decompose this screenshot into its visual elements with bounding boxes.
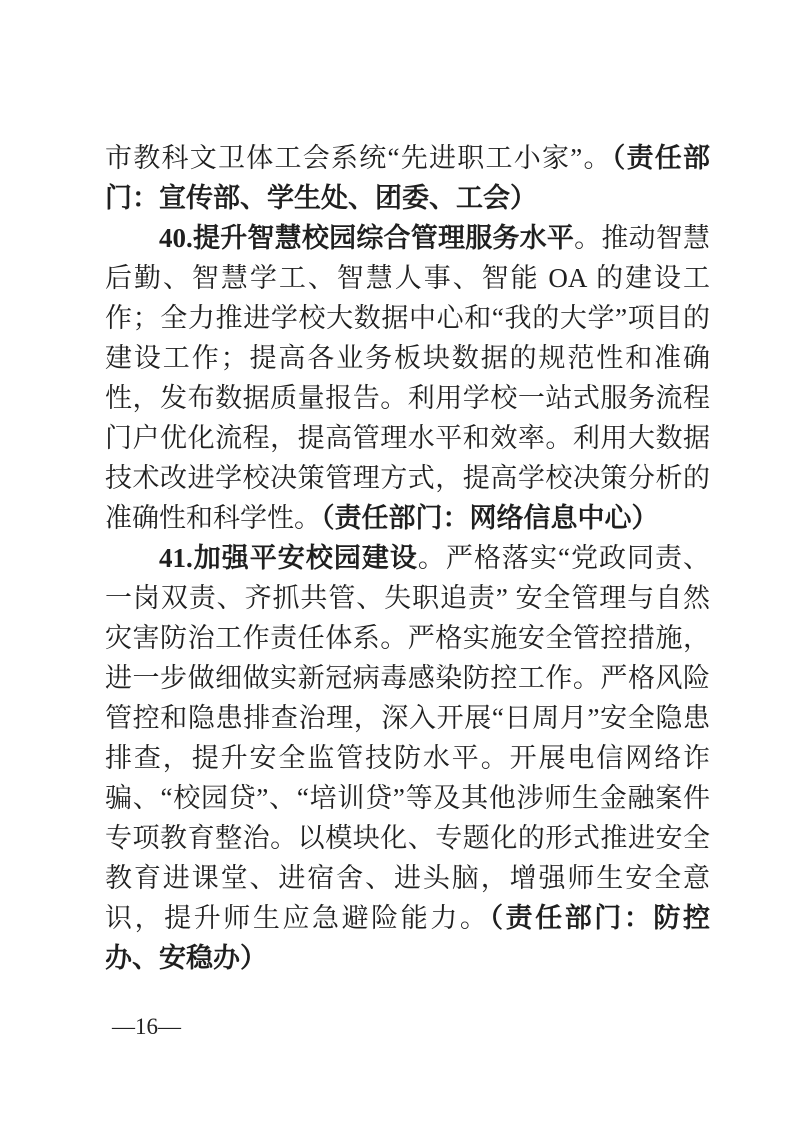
item-40-heading: 40.提升智慧校园综合管理服务水平 [159,223,574,253]
paragraph-body-text: 市教科文卫体工会系统“先进职工小家”。 [105,143,612,173]
paragraph-continuation: 市教科文卫体工会系统“先进职工小家”。（责任部门：宣传部、学生处、团委、工会） [105,138,710,218]
page-number: —16— [112,1014,181,1039]
paragraph-body-text: 。严格落实“党政同责、一岗双责、齐抓共管、失职追责” 安全管理与自然灾害防治工作… [105,543,710,933]
responsibility-department-note: （责任部门：网络信息中心） [321,503,659,533]
paragraph-item-41: 41.加强平安校园建设。严格落实“党政同责、一岗双责、齐抓共管、失职追责” 安全… [105,538,710,978]
page-footer: —16— [112,1012,181,1042]
item-41-heading: 41.加强平安校园建设 [159,543,418,573]
document-page: 市教科文卫体工会系统“先进职工小家”。（责任部门：宣传部、学生处、团委、工会） … [0,0,793,1122]
paragraph-item-40: 40.提升智慧校园综合管理服务水平。推动智慧后勤、智慧学工、智慧人事、智能 OA… [105,218,710,538]
document-body: 市教科文卫体工会系统“先进职工小家”。（责任部门：宣传部、学生处、团委、工会） … [105,138,710,978]
paragraph-body-text: 。推动智慧后勤、智慧学工、智慧人事、智能 OA 的建设工作；全力推进学校大数据中… [105,223,710,533]
